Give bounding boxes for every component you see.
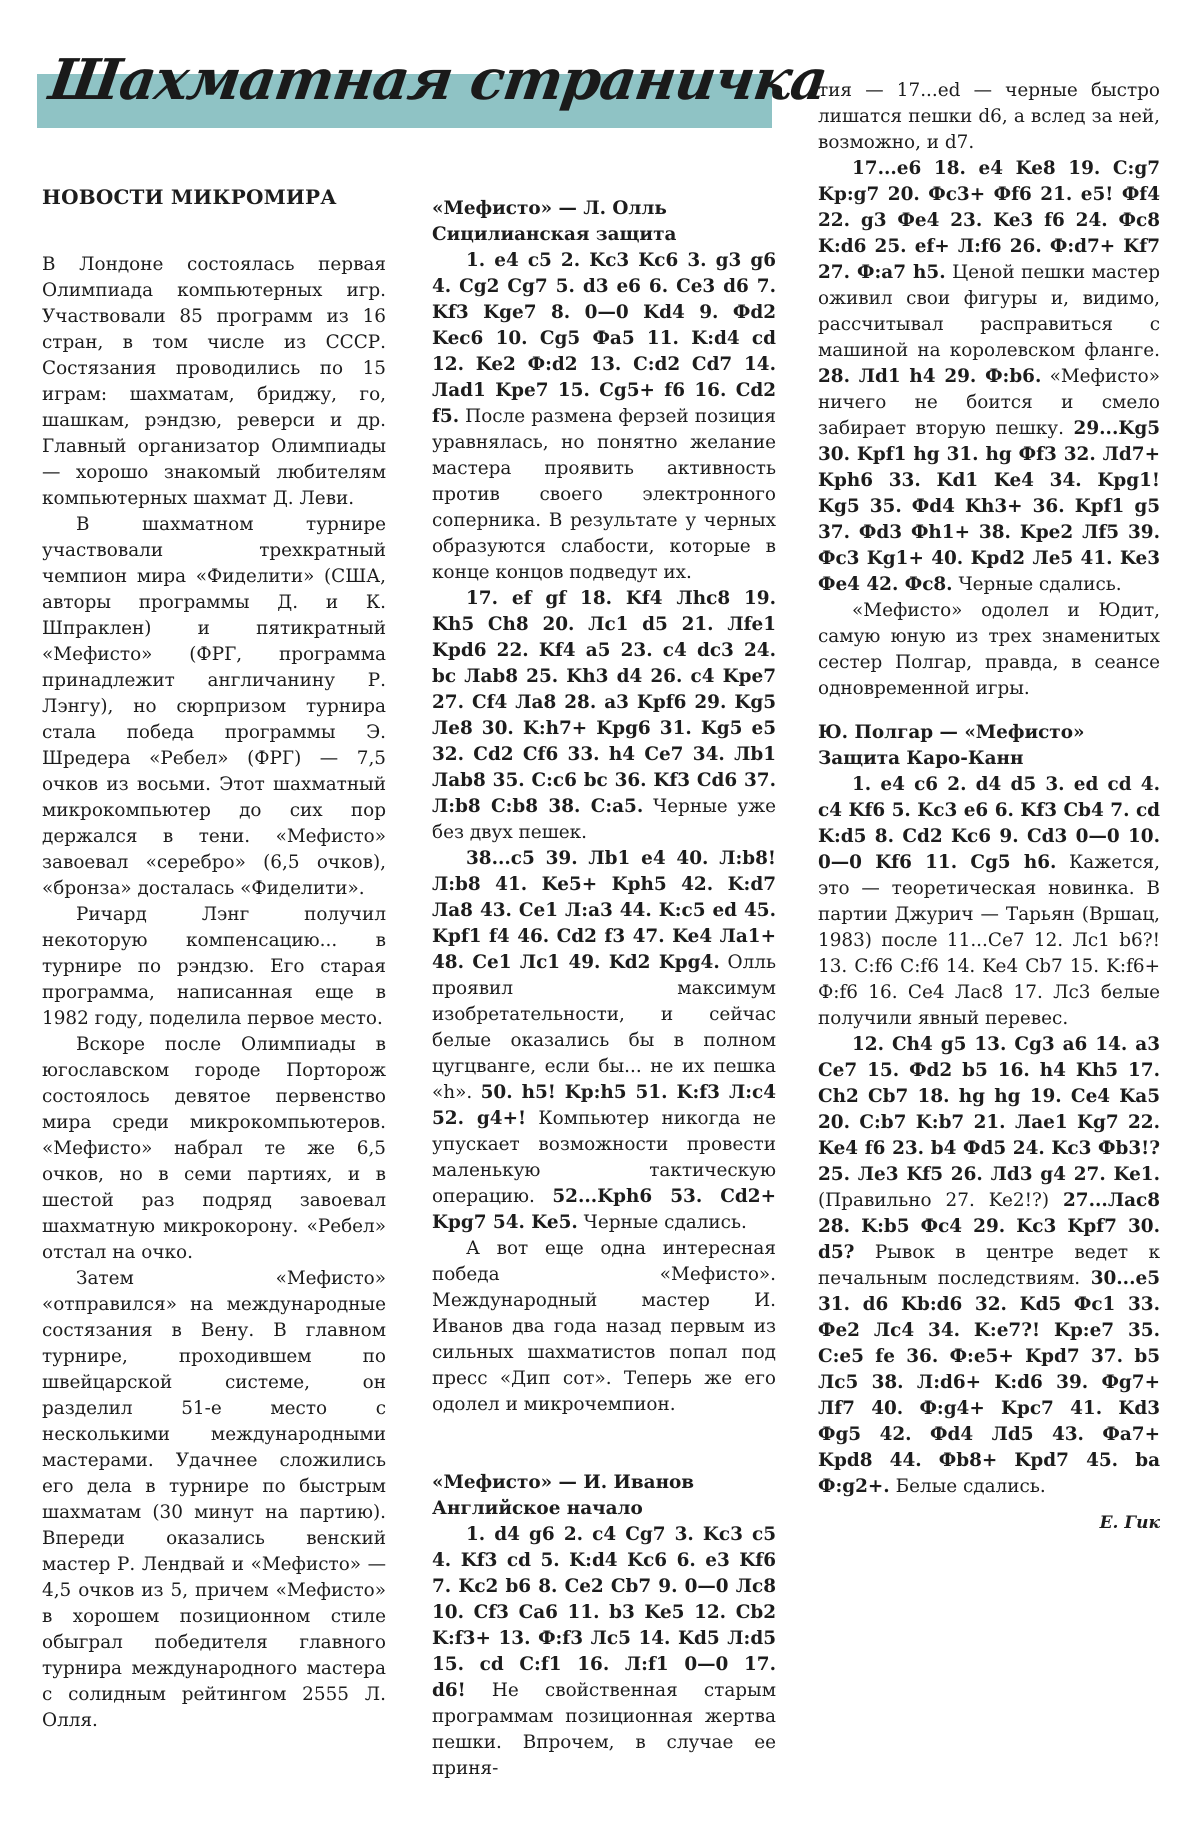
game-notation: 17. ef gf 18. Kf4 Лhc8 19. Kh5 Ch8 20. Л… — [432, 586, 776, 846]
game-notation: 1. d4 g6 2. c4 Cg7 3. Kc3 c5 4. Kf3 cd 5… — [432, 1522, 776, 1782]
news-paragraph: Затем «Мефисто» «отправился» на междунар… — [42, 1266, 386, 1734]
game-notation: 38...c5 39. Лb1 e4 40. Л:b8! Л:b8 41. Ke… — [432, 846, 776, 1236]
annotation: Черные сдались. — [953, 574, 1122, 595]
news-paragraph: В шахматном турнире участвовали трехкрат… — [42, 512, 386, 902]
move-list: 1. e4 c5 2. Kc3 Kc6 3. g3 g6 4. Cg2 Cg7 … — [432, 250, 776, 427]
annotation: После размена ферзей позиция уравнялась,… — [432, 406, 776, 583]
game-players: «Мефисто» — Л. Олль — [432, 196, 776, 222]
intro-paragraph: «Мефисто» одолел и Юдит, самую юную из т… — [818, 598, 1160, 702]
column-middle-games: «Мефисто» — Л. Олль Сицилианская защита … — [432, 196, 776, 1782]
move-list: 30...e5 31. d6 Kb:d6 32. Kd5 Фc1 33. Фe2… — [818, 1268, 1160, 1497]
move-list: 17. ef gf 18. Kf4 Лhc8 19. Kh5 Ch8 20. Л… — [432, 588, 776, 817]
game-players: Ю. Полгар — «Мефисто» — [818, 720, 1160, 746]
game-notation: 1. e4 c5 2. Kc3 Kc6 3. g3 g6 4. Cg2 Cg7 … — [432, 248, 776, 586]
news-paragraph: Ричард Лэнг получил некоторую компенсаци… — [42, 902, 386, 1032]
move-list: 29...Kg5 30. Kpf1 hg 31. hg Фf3 32. Лd7+… — [818, 418, 1160, 595]
game-notation: 12. Ch4 g5 13. Cg3 a6 14. a3 Ce7 15. Фd2… — [818, 1032, 1160, 1500]
news-paragraph: Вскоре после Олимпиады в югославском гор… — [42, 1032, 386, 1266]
game-opening: Сицилианская защита — [432, 222, 776, 248]
author-signature: Е. Гик — [818, 1510, 1160, 1536]
annotation: Кажется, это — теоретическая новинка. В … — [818, 852, 1160, 1029]
game-opening: Защита Каро-Канн — [818, 746, 1160, 772]
annotation: Олль проявил максимум изобретательности,… — [432, 952, 776, 1103]
annotation: Белые сдались. — [890, 1476, 1046, 1497]
annotation: (Правильно 27. Ke2!?) — [818, 1190, 1063, 1211]
game-opening: Английское начало — [432, 1496, 776, 1522]
game-notation: 17...e6 18. e4 Ke8 19. C:g7 Kp:g7 20. Фc… — [818, 156, 1160, 598]
column-left-news: НОВОСТИ МИКРОМИРА В Лондоне состоялась п… — [42, 184, 386, 1734]
annotation: Черные сдались. — [578, 1212, 747, 1233]
spacer — [432, 1418, 776, 1470]
section-title: НОВОСТИ МИКРОМИРА — [42, 184, 386, 210]
page-title: Шахматная страничка — [46, 52, 830, 108]
move-list: 12. Ch4 g5 13. Cg3 a6 14. a3 Ce7 15. Фd2… — [818, 1034, 1160, 1185]
move-list: 1. d4 g6 2. c4 Cg7 3. Kc3 c5 4. Kf3 cd 5… — [432, 1524, 776, 1701]
spacer — [818, 702, 1160, 720]
column-right-games: тия — 17...ed — черные быстро лишатся пе… — [818, 78, 1160, 1536]
annotation: Не свойственная старым программам позици… — [432, 1680, 776, 1779]
news-paragraph: В Лондоне состоялась первая Олимпиада ко… — [42, 252, 386, 512]
game-notation: 1. e4 c6 2. d4 d5 3. ed cd 4. c4 Kf6 5. … — [818, 772, 1160, 1032]
afterword-paragraph: А вот еще одна интересная победа «Мефист… — [432, 1236, 776, 1418]
continuation-paragraph: тия — 17...ed — черные быстро лишатся пе… — [818, 78, 1160, 156]
game-players: «Мефисто» — И. Иванов — [432, 1470, 776, 1496]
move-list: 28. Лd1 h4 29. Ф:b6. — [818, 366, 1041, 387]
